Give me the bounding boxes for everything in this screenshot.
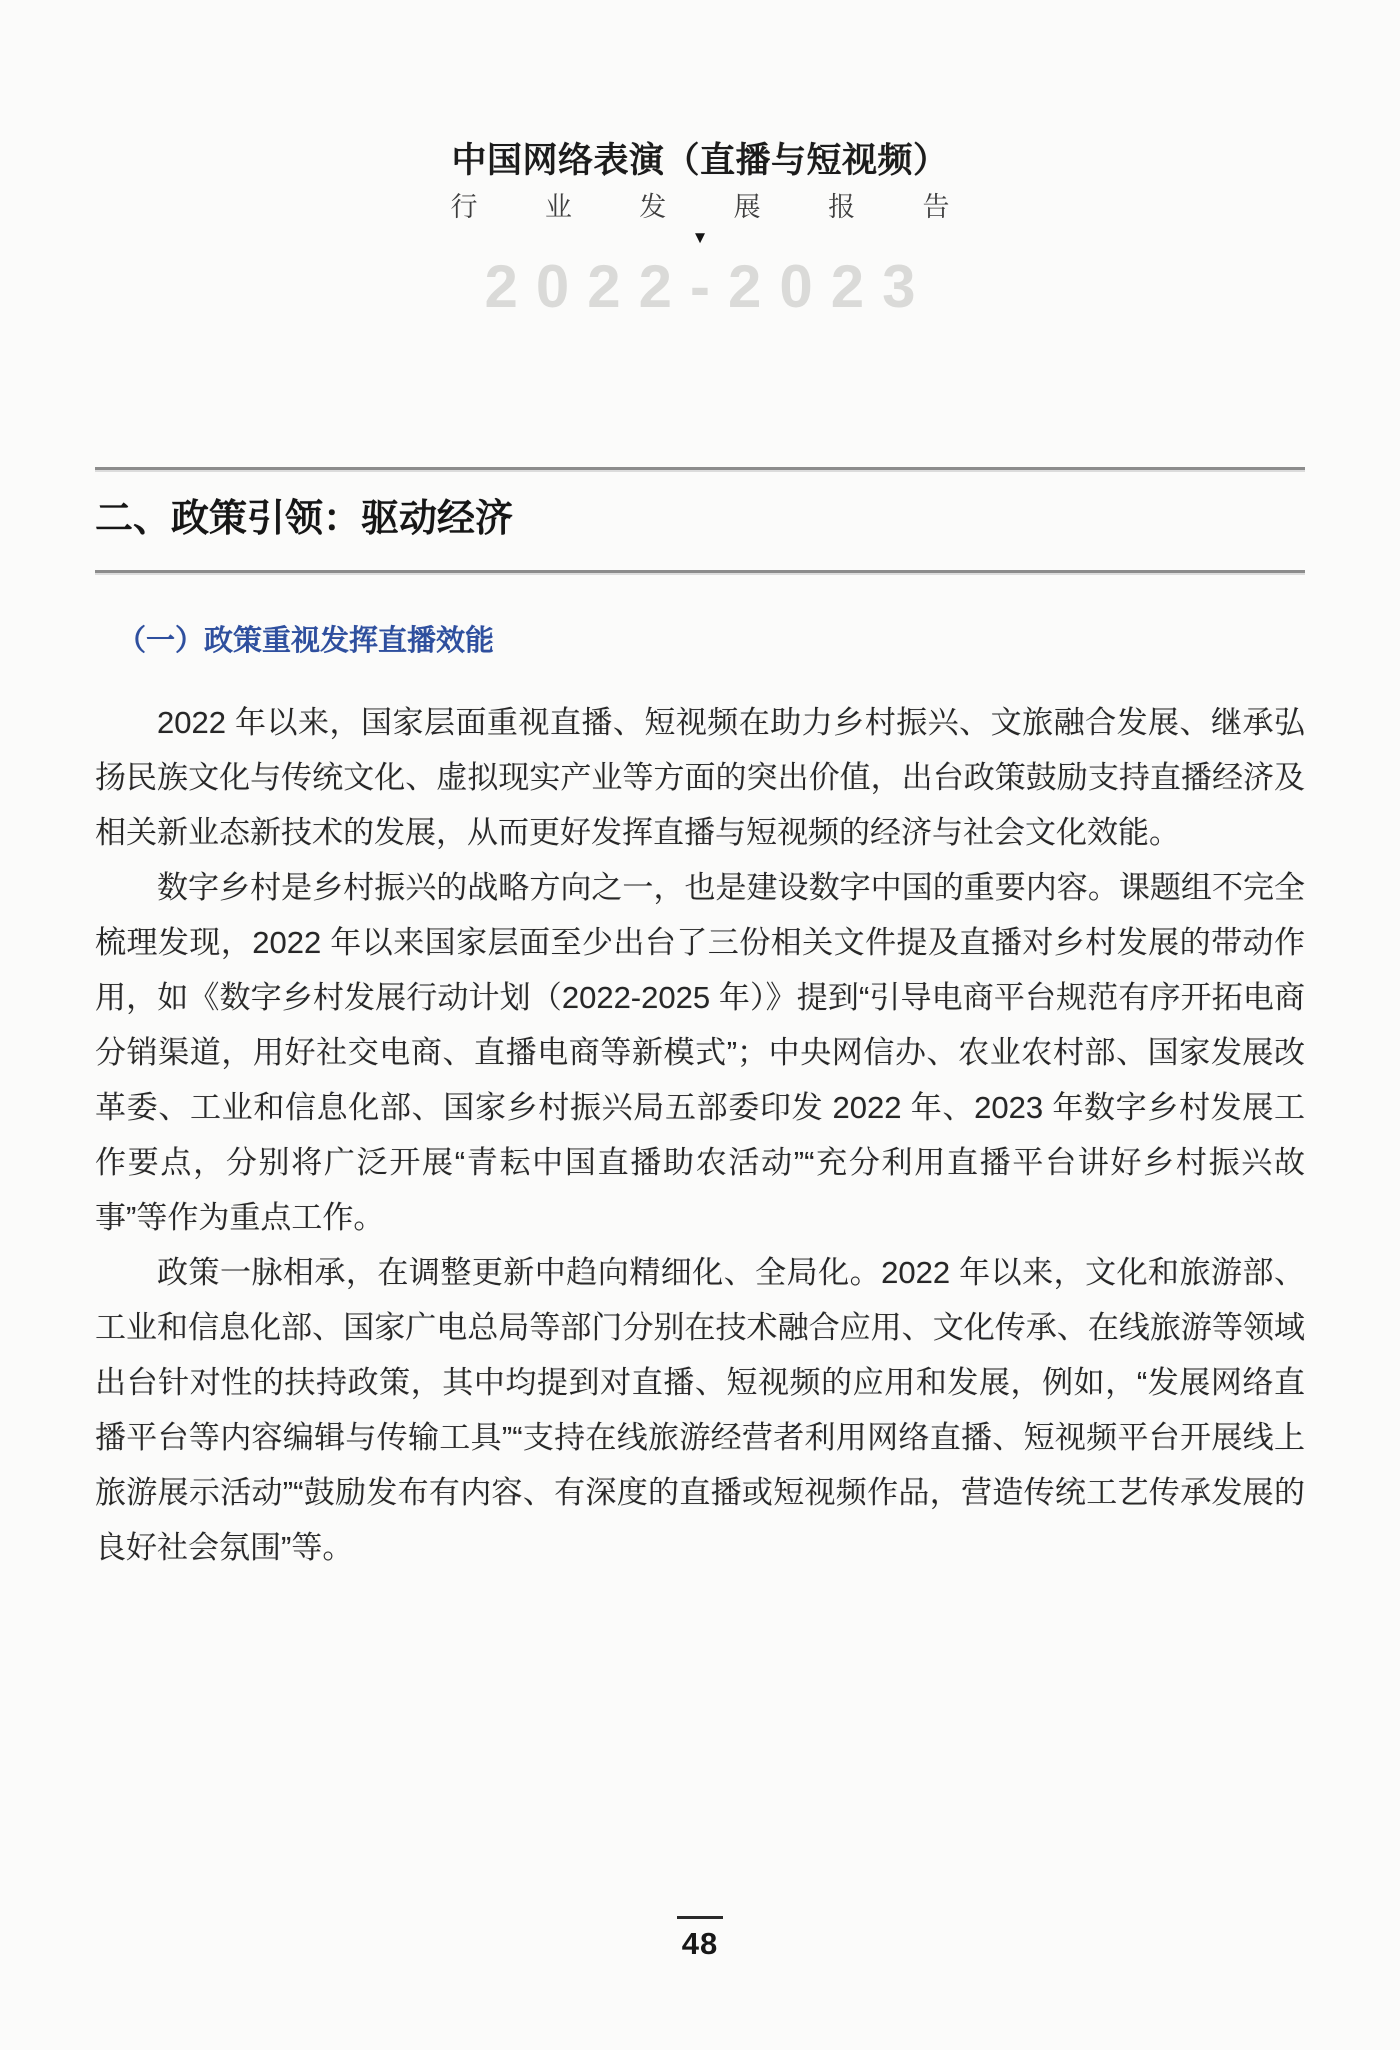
- bottom-divider: [95, 570, 1305, 573]
- page-number: 48: [0, 1926, 1400, 1962]
- report-page: 中国网络表演（直播与短视频） 行 业 发 展 报 告 ▼ 2022-2023 二…: [0, 0, 1400, 2050]
- report-years: 2022-2023: [448, 252, 953, 322]
- section-heading: 二、政策引领：驱动经济: [95, 470, 1305, 570]
- page-footer: 48: [0, 1916, 1400, 1962]
- report-subtitle: 行 业 发 展 报 告: [448, 190, 953, 224]
- subtitle-char: 行: [451, 190, 478, 224]
- section-heading-block: 二、政策引领：驱动经济: [95, 467, 1305, 573]
- subtitle-char: 告: [922, 190, 949, 224]
- subtitle-char: 展: [734, 190, 761, 224]
- body-paragraph: 政策一脉相承，在调整更新中趋向精细化、全局化。2022 年以来，文化和旅游部、工…: [95, 1245, 1305, 1575]
- down-triangle-icon: ▼: [448, 226, 953, 250]
- report-header: 中国网络表演（直播与短视频） 行 业 发 展 报 告 ▼ 2022-2023: [448, 138, 953, 322]
- subtitle-char: 发: [639, 190, 666, 224]
- sub-heading: （一）政策重视发挥直播效能: [117, 621, 1305, 661]
- body-paragraph: 2022 年以来，国家层面重视直播、短视频在助力乡村振兴、文旅融合发展、继承弘扬…: [95, 695, 1305, 860]
- page-number-rule: [677, 1916, 723, 1919]
- body-text: 2022 年以来，国家层面重视直播、短视频在助力乡村振兴、文旅融合发展、继承弘扬…: [95, 695, 1305, 1575]
- body-paragraph: 数字乡村是乡村振兴的战略方向之一，也是建设数字中国的重要内容。课题组不完全梳理发…: [95, 860, 1305, 1245]
- subtitle-char: 业: [545, 190, 572, 224]
- subtitle-char: 报: [828, 190, 855, 224]
- report-title: 中国网络表演（直播与短视频）: [448, 138, 953, 184]
